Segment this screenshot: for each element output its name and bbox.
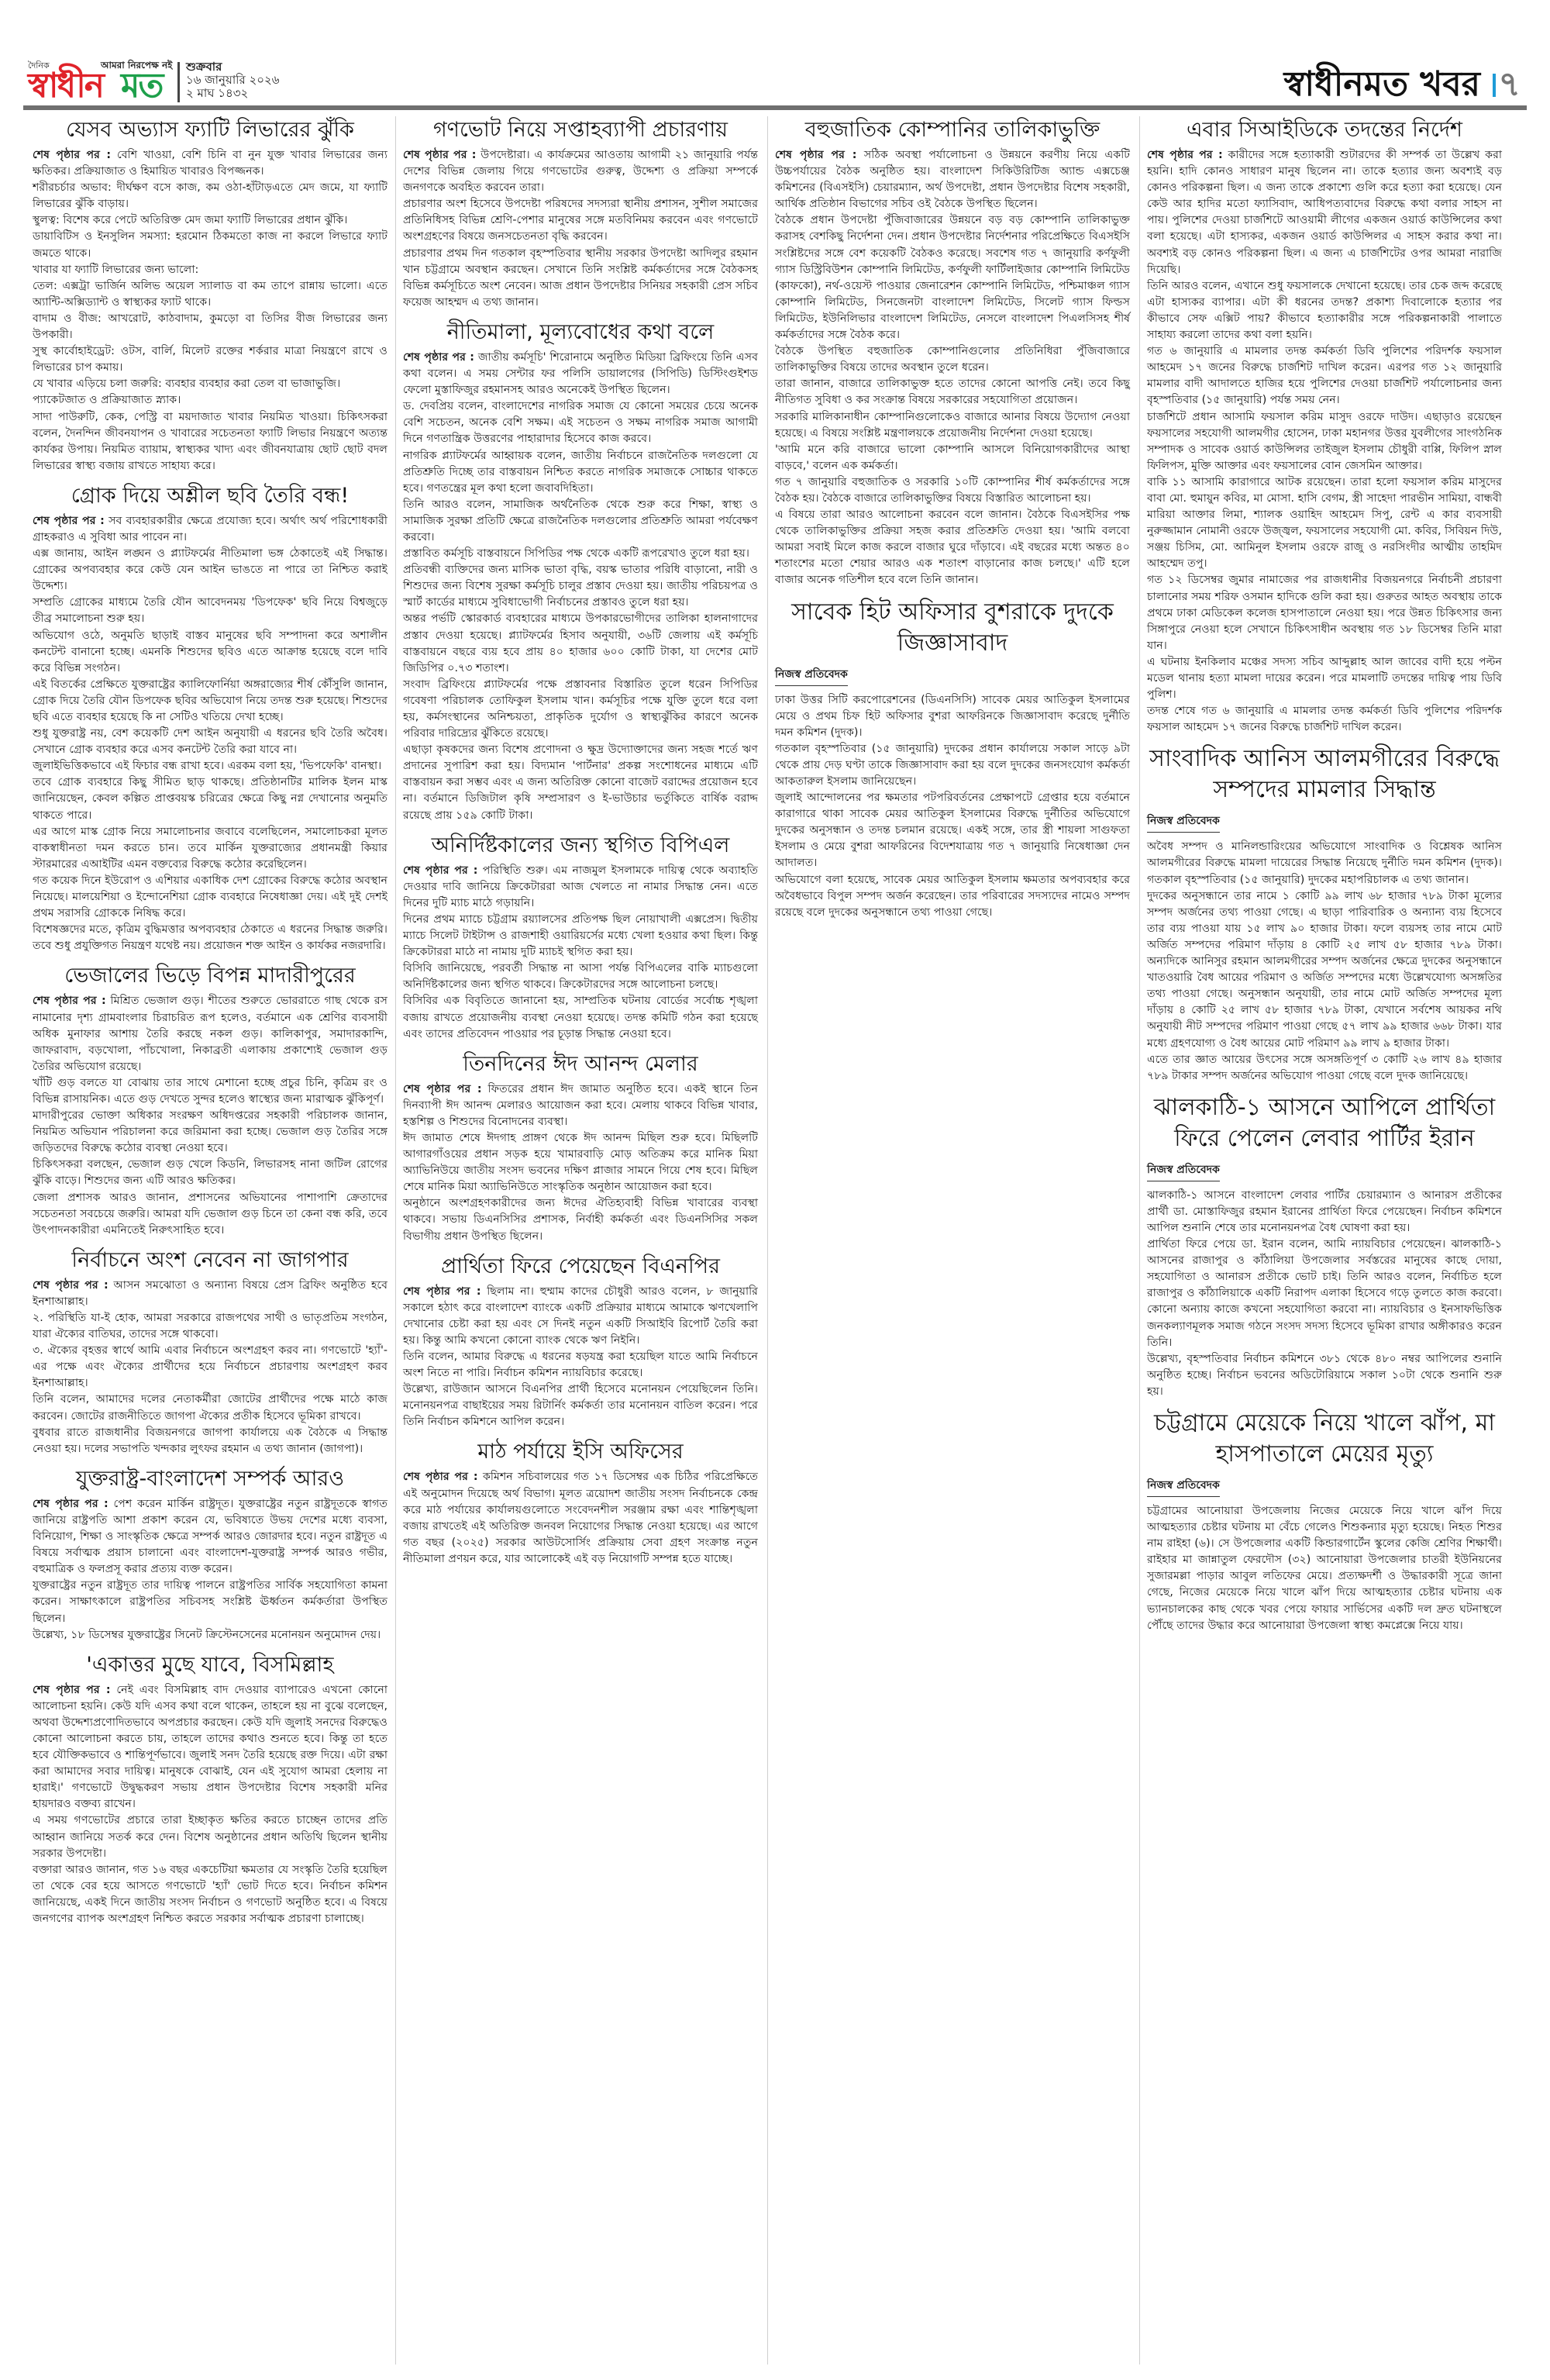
paragraph-text: বিশেষজ্ঞদের মতে, কৃত্রিম বুদ্ধিমত্তার অপ… (33, 923, 387, 952)
article-paragraph: এ ঘটনায় ইনকিলাব মঞ্চের সদস্য সচিব আব্দু… (1147, 654, 1502, 703)
paragraph-text: বক্তারা আরও জানান, গত ১৬ বছর একচেটিয়া ক… (33, 1864, 387, 1925)
paragraph-text: যুক্তরাষ্ট্রের নতুন রাষ্ট্রদূত তার দায়ি… (33, 1579, 387, 1624)
article-paragraph: নাগরিক প্ল্যাটফর্মের আহ্বায়ক বলেন, জাতী… (403, 448, 758, 497)
masthead: দৈনিক আমরা নিরপেক্ষ নই স্বাধীন মত শুক্রব… (0, 0, 1550, 109)
paragraph-text: ডায়াবিটিস ও ইনসুলিন সমস্যা: হরমোন ঠিকমত… (33, 230, 387, 259)
paragraph-text: তারা জানান, বাজারে তালিকাভুক্ত হতে তাদের… (775, 378, 1130, 406)
article-paragraph: গত ৬ জানুয়ারি এ মামলার তদন্ত কর্মকর্তা … (1147, 343, 1502, 409)
issue-day: শুক্রবার (186, 60, 280, 74)
article-paragraph: বিশেষজ্ঞদের মতে, কৃত্রিম বুদ্ধিমত্তার অপ… (33, 922, 387, 954)
article-paragraph: বাদাম ও বীজ: আখরোট, কাঠবাদাম, কুমড়ো বা … (33, 311, 387, 343)
column-divider (395, 116, 396, 2364)
article-body: শেষ পৃষ্ঠার পর : সব ব্যবহারকারীর ক্ষেত্র… (33, 513, 387, 955)
paragraph-text: তদন্ত শেষে গত ৬ জানুয়ারি এ মামলার তদন্ত… (1147, 705, 1502, 733)
continuation-lead: শেষ পৃষ্ঠার পর : (775, 149, 856, 161)
paragraph-text: উল্লেখ্য, বৃহস্পতিবার নির্বাচন কমিশনে ৩৮… (1147, 1353, 1502, 1398)
article-paragraph: শেষ পৃষ্ঠার পর : জাতীয় কর্মসূচি' শিরোনা… (403, 350, 758, 398)
article-paragraph: অভিযোগ ওঠে, অনুমতি ছাড়াই বাস্তব মানুষের… (33, 628, 387, 677)
paragraph-text: বুধবার রাতে রাজধানীর বিজয়নগরে জাগপা কার… (33, 1426, 387, 1455)
continuation-lead: শেষ পৃষ্ঠার পর : (1147, 149, 1223, 161)
paragraph-text: নেই এবং বিসমিল্লাহ বাদ দেওয়ার ব্যাপারেও… (33, 1684, 387, 1811)
article-paragraph: অভিযোগে বলা হয়েছে, সাবেক মেয়র আতিকুল ই… (775, 872, 1130, 921)
article-paragraph: বক্তারা আরও জানান, গত ১৬ বছর একচেটিয়া ক… (33, 1862, 387, 1927)
continuation-lead: শেষ পৃষ্ঠার পর : (403, 149, 476, 161)
paragraph-text: চার্জশিটে প্রধান আসামি ফয়সাল করিম মাসুদ… (1147, 411, 1502, 472)
article-paragraph: গতকাল বৃহস্পতিবার (১৫ জানুয়ারি) দুদকের … (775, 741, 1130, 790)
paragraph-text: ঈদ জামাত শেষে ঈদগাহ প্রাঙ্গণ থেকে ঈদ আনন… (403, 1132, 758, 1193)
article-paragraph: শুধু যুক্তরাষ্ট্র নয়, বেশ কয়েকটি দেশ আ… (33, 726, 387, 758)
paragraph-text: বিসিবি জানিয়েছে, পরবর্তী সিদ্ধান্ত না আ… (403, 962, 758, 991)
article-body: শেষ পৃষ্ঠার পর : কমিশন সচিবালয়ের গত ১৭ … (403, 1469, 758, 1568)
article-paragraph: জেলা প্রশাসক আরও জানান, প্রশাসনের অভিযান… (33, 1190, 387, 1239)
article-paragraph: চিকিৎসকরা বলছেন, ভেজাল গুড় খেলে কিডনি, … (33, 1157, 387, 1189)
paragraph-text: ঢাকা উত্তর সিটি করপোরেশনের (ডিএনসিসি) সা… (775, 694, 1130, 739)
paragraph-text: প্যাকেটজাত ও প্রক্রিয়াজাত স্ন্যাক। (33, 394, 181, 406)
article-paragraph: জুলাই আন্দোলনের পর ক্ষমতার পটপরিবর্তনের … (775, 790, 1130, 871)
paragraph-text: যে খাবার এড়িয়ে চলা জরুরি: ব্যবহার ব্যব… (33, 378, 340, 390)
article-paragraph: সাদা পাউরুটি, কেক, পেস্ট্রি বা ময়দাজাত … (33, 409, 387, 474)
article-paragraph: উল্লেখ্য, বৃহস্পতিবার নির্বাচন কমিশনে ৩৮… (1147, 1351, 1502, 1400)
article-paragraph: শেষ পৃষ্ঠার পর : সব ব্যবহারকারীর ক্ষেত্র… (33, 513, 387, 546)
article-paragraph: প্রার্থিতা ফিরে পেয়ে ডা. ইরান বলেন, আমি… (1147, 1237, 1502, 1351)
paragraph-text: প্রার্থিতা ফিরে পেয়ে ডা. ইরান বলেন, আমি… (1147, 1238, 1502, 1349)
article-paragraph: যে খাবার এড়িয়ে চলা জরুরি: ব্যবহার ব্যব… (33, 376, 387, 392)
news-article[interactable]: 'একাত্তর মুছে যাবে, বিসমিল্লাহশেষ পৃষ্ঠা… (33, 1651, 387, 1927)
article-paragraph: ঝালকাঠি-১ আসনে বাংলাদেশ লেবার পার্টির চে… (1147, 1188, 1502, 1237)
paragraph-text: তিনি বলেন, আমার বিরুদ্ধে এ ধরনের ষড়যন্ত… (403, 1350, 758, 1379)
paragraph-text: মাদারীপুরের ভোক্তা অধিকার সংরক্ষণ অধিদপ্… (33, 1109, 387, 1154)
news-article[interactable]: অনির্দিষ্টকালের জন্য স্থগিত বিপিএলশেষ পৃ… (403, 832, 758, 1043)
article-headline[interactable]: ঝালকাঠি-১ আসনে আপিলে প্রার্থিতা ফিরে পেল… (1147, 1092, 1502, 1154)
paragraph-text: উল্লেখ্য, ১৮ ডিসেম্বর যুক্তরাষ্ট্রের সিন… (33, 1629, 381, 1641)
news-article[interactable]: গণভোট নিয়ে সপ্তাহব্যাপী প্রচারণায়শেষ প… (403, 116, 758, 311)
paragraph-text: নাগরিক প্ল্যাটফর্মের আহ্বায়ক বলেন, জাতী… (403, 450, 758, 495)
paragraph-text: অভিযোগে বলা হয়েছে, সাবেক মেয়র আতিকুল ই… (775, 874, 1130, 919)
column-1: যেসব অভ্যাস ফ্যাটি লিভারের ঝুঁকিশেষ পৃষ্… (33, 116, 387, 1935)
news-article[interactable]: চট্টগ্রামে মেয়েকে নিয়ে খালে ঝাঁপ, মা হ… (1147, 1408, 1502, 1634)
article-byline: নিজস্ব প্রতিবেদক (1147, 1161, 1220, 1181)
paragraph-text: বিসিবির এক বিবৃতিতে জানানো হয়, সাম্প্রত… (403, 995, 758, 1040)
paragraph-text: গতকাল বৃহস্পতিবার (১৫ জানুয়ারি) দুদকের … (775, 743, 1130, 788)
article-paragraph: ৩. ঐক্যের বৃহত্তর স্বার্থে আমি এবার নির্… (33, 1343, 387, 1392)
article-paragraph: ২. পরিস্থিতি যা-ই হোক, আমরা সরকারে রাজপথ… (33, 1310, 387, 1343)
article-paragraph: সংবাদ ব্রিফিংয়ে প্ল্যাটফর্মের পক্ষে প্র… (403, 677, 758, 742)
issue-date-gregorian: ১৬ জানুয়ারি ২০২৬ (186, 74, 280, 87)
paragraph-text: এছাড়া কৃষকদের জন্য বিশেষ প্রণোদনা ও ক্ষ… (403, 743, 758, 821)
paragraph-text: তেল: এক্সট্রা ভার্জিন অলিভ অয়েল স্যালাড… (33, 280, 387, 309)
article-body: শেষ পৃষ্ঠার পর : আসন সমঝোতা ও অন্যান্য ব… (33, 1278, 387, 1457)
news-article[interactable]: নীতিমালা, মূল্যবোধের কথা বলেশেষ পৃষ্ঠার … (403, 319, 758, 824)
paragraph-text: অন্তর পর্ভটি স্কোরকার্ড ব্যবহারের মাধ্যম… (403, 612, 758, 674)
article-paragraph: অনুষ্ঠানে অংশগ্রহণকারীদের জন্য ঈদের ঐতিহ… (403, 1195, 758, 1244)
news-article[interactable]: প্রার্থিতা ফিরে পেয়েছেন বিএনপিরশেষ পৃষ্… (403, 1253, 758, 1431)
article-paragraph: খাঁটি গুড় বলতে যা বোঝায় তার সাথে মেশান… (33, 1075, 387, 1108)
article-paragraph: ঈদ জামাত শেষে ঈদগাহ প্রাঙ্গণ থেকে ঈদ আনন… (403, 1130, 758, 1195)
article-byline: নিজস্ব প্রতিবেদক (1147, 1476, 1220, 1497)
article-paragraph: শেষ পৃষ্ঠার পর : উপদেষ্টারা। এ কার্যক্রম… (403, 147, 758, 196)
newspaper-logo[interactable]: দৈনিক আমরা নিরপেক্ষ নই স্বাধীন মত (28, 59, 180, 105)
continuation-lead: শেষ পৃষ্ঠার পর : (403, 864, 477, 877)
paragraph-text: কমিশন সচিবালয়ের গত ১৭ ডিসেম্বর এক চিঠির… (403, 1471, 758, 1564)
article-paragraph: সম্প্রতি গ্রোকের মাধ্যমে তৈরি যৌন আবেদনম… (33, 595, 387, 627)
paragraph-text: জেলা প্রশাসক আরও জানান, প্রশাসনের অভিযান… (33, 1192, 387, 1237)
article-paragraph: এর আগে মাস্ক গ্রোক নিয়ে সমালোচনার জবাবে… (33, 824, 387, 873)
article-paragraph: শেষ পৃষ্ঠার পর : ছিলাম না। হুম্মাম কাদের… (403, 1284, 758, 1349)
paragraph-text: গত ৭ জানুয়ারি বহুজাতিক ও সরকারি ১০টি কো… (775, 476, 1130, 505)
article-paragraph: তিনি বলেন, আমার বিরুদ্ধে এ ধরনের ষড়যন্ত… (403, 1349, 758, 1381)
article-paragraph: শেষ পৃষ্ঠার পর : আসন সমঝোতা ও অন্যান্য ব… (33, 1278, 387, 1310)
article-headline[interactable]: গ্রোক দিয়ে অশ্লীল ছবি তৈরি বন্ধ! (33, 482, 387, 510)
paragraph-text: তিনি আরও বলেন, সামাজিক অর্থনৈতিক থেকে শু… (403, 498, 758, 543)
paragraph-text: খাঁটি গুড় বলতে যা বোঝায় তার সাথে মেশান… (33, 1077, 387, 1105)
article-body: শেষ পৃষ্ঠার পর : পেশ করেন মার্কিন রাষ্ট্… (33, 1496, 387, 1644)
paragraph-text: শরীরচর্চার অভাব: দীর্ঘক্ষণ বসে কাজ, কম ও… (33, 181, 387, 210)
article-paragraph: এ সময় গণভোটের প্রচারে তারা ইচ্ছাকৃত ক্ষ… (33, 1813, 387, 1861)
logo-name-green: মত (121, 67, 162, 105)
paragraph-text: এই বিতর্কের প্রেক্ষিতে যুক্তরাষ্ট্রের ক্… (33, 678, 387, 723)
article-headline[interactable]: সাবেক হিট অফিসার বুশরাকে দুদকে জিজ্ঞাসাব… (775, 597, 1130, 659)
article-headline[interactable]: 'একাত্তর মুছে যাবে, বিসমিল্লাহ (33, 1651, 387, 1679)
paragraph-text: এ বিষয়ে তারা আরও আলোচনা করবেন বলে জানান… (775, 509, 1130, 586)
news-article[interactable]: যুক্তরাষ্ট্র-বাংলাদেশ সম্পর্ক আরওশেষ পৃষ… (33, 1465, 387, 1644)
article-paragraph: খাবার যা ফ্যাটি লিভারের জন্য ভালো: (33, 262, 387, 278)
section-title: স্বাধীনমত খবর (1284, 65, 1480, 104)
article-paragraph: শেষ পৃষ্ঠার পর : ফিতরের প্রধান ঈদ জামাত … (403, 1081, 758, 1130)
article-paragraph: দুদকের অনুসন্ধানে তার নামে ১ কোটি ৯৯ লাখ… (1147, 888, 1502, 1052)
column-4: এবার সিআইডিকে তদন্তের নির্দেশশেষ পৃষ্ঠার… (1147, 116, 1502, 1642)
paragraph-text: অভিযোগ ওঠে, অনুমতি ছাড়াই বাস্তব মানুষের… (33, 629, 387, 674)
article-headline[interactable]: অনির্দিষ্টকালের জন্য স্থগিত বিপিএল (403, 832, 758, 860)
article-body: শেষ পৃষ্ঠার পর : জাতীয় কর্মসূচি' শিরোনা… (403, 350, 758, 824)
paragraph-text: চট্টগ্রামের আনোয়ারা উপজেলায় নিজের মেয়… (1147, 1505, 1502, 1632)
article-paragraph: বুধবার রাতে রাজধানীর বিজয়নগরে জাগপা কার… (33, 1425, 387, 1457)
paragraph-text: তিনি বলেন, আমাদের দলের নেতাকর্মীরা জোটের… (33, 1393, 387, 1422)
article-paragraph: স্থুলত্ব: বিশেষ করে পেটে অতিরিক্ত মেদ জম… (33, 212, 387, 229)
article-paragraph: এই বিতর্কের প্রেক্ষিতে যুক্তরাষ্ট্রের ক্… (33, 677, 387, 726)
article-paragraph: এক্স জানায়, আইন লঙ্ঘন ও প্ল্যাটফর্মের ন… (33, 546, 387, 595)
article-paragraph: শেষ পৃষ্ঠার পর : পরিস্থিতি শুরু। এম নাজম… (403, 863, 758, 912)
article-paragraph: এ বিষয়ে তারা আরও আলোচনা করবেন বলে জানান… (775, 507, 1130, 588)
paragraph-text: এ ঘটনায় ইনকিলাব মঞ্চের সদস্য সচিব আব্দু… (1147, 656, 1502, 701)
article-paragraph: শেষ পৃষ্ঠার পর : কারীদের সঙ্গে হত্যাকারী… (1147, 147, 1502, 278)
article-paragraph: যুক্তরাষ্ট্রের নতুন রাষ্ট্রদূত তার দায়ি… (33, 1578, 387, 1626)
paragraph-text: গত ৬ জানুয়ারি এ মামলার তদন্ত কর্মকর্তা … (1147, 345, 1502, 406)
article-body: শেষ পৃষ্ঠার পর : কারীদের সঙ্গে হত্যাকারী… (1147, 147, 1502, 736)
paragraph-text: জুলাই আন্দোলনের পর ক্ষমতার পটপরিবর্তনের … (775, 792, 1130, 869)
article-headline[interactable]: যুক্তরাষ্ট্র-বাংলাদেশ সম্পর্ক আরও (33, 1465, 387, 1493)
article-body: শেষ পৃষ্ঠার পর : সঠিক অবস্থা পর্যালোচনা … (775, 147, 1130, 589)
article-paragraph: বিসিবির এক বিবৃতিতে জানানো হয়, সাম্প্রত… (403, 993, 758, 1042)
paragraph-text: প্রচারণার অংশ হিসেবে উপদেষ্টা পরিষদের সদ… (403, 198, 758, 243)
article-body: শেষ পৃষ্ঠার পর : উপদেষ্টারা। এ কার্যক্রম… (403, 147, 758, 311)
news-article[interactable]: এবার সিআইডিকে তদন্তের নির্দেশশেষ পৃষ্ঠার… (1147, 116, 1502, 736)
issue-date: শুক্রবার ১৬ জানুয়ারি ২০২৬ ২ মাঘ ১৪৩২ (186, 60, 280, 100)
news-article[interactable]: মাঠ পর্যায়ে ইসি অফিসেরশেষ পৃষ্ঠার পর : … (403, 1438, 758, 1568)
article-headline[interactable]: সাংবাদিক আনিস আলমগীরের বিরুদ্ধে সম্পদের … (1147, 743, 1502, 805)
article-paragraph: শেষ পৃষ্ঠার পর : মিশ্রিত ভেজাল গুড়। শীত… (33, 993, 387, 1074)
article-paragraph: জুলাইভিত্তিকভাবে এই ফিচার বন্ধ রাখা হবে।… (33, 758, 387, 774)
article-paragraph: বিসিবি জানিয়েছে, পরবর্তী সিদ্ধান্ত না আ… (403, 961, 758, 993)
paragraph-text: তবে গ্রোক ব্যবহারে কিছু সীমিত ছাড় থাকছে… (33, 776, 387, 821)
page-number: ৭ (1498, 65, 1521, 104)
paragraph-text: বাকি ১১ আসামি কারাগারে আটক রয়েছেন। তারা… (1147, 476, 1502, 570)
column-divider (767, 116, 768, 2364)
paragraph-text: সংবাদ ব্রিফিংয়ে প্ল্যাটফর্মের পক্ষে প্র… (403, 678, 758, 740)
article-paragraph: বাকি ১১ আসামি কারাগারে আটক রয়েছেন। তারা… (1147, 474, 1502, 573)
paragraph-text: দিনের প্রথম ম্যাচে চট্টগ্রাম রয়্যালসের … (403, 913, 758, 958)
article-paragraph: শরীরচর্চার অভাব: দীর্ঘক্ষণ বসে কাজ, কম ও… (33, 180, 387, 212)
article-paragraph: মাদারীপুরের ভোক্তা অধিকার সংরক্ষণ অধিদপ্… (33, 1108, 387, 1157)
paragraph-text: বৈঠকে প্রধান উপদেষ্টা পুঁজিবাজারের উন্নয… (775, 214, 1130, 341)
article-paragraph: প্রতিবন্ধী ব্যক্তিদের জন্য মাসিক ভাতা বৃ… (403, 562, 758, 611)
article-body: শেষ পৃষ্ঠার পর : পরিস্থিতি শুরু। এম নাজম… (403, 863, 758, 1043)
article-paragraph: উল্লেখ্য, রাউজান আসনে বিএনপির প্রার্থী হ… (403, 1381, 758, 1430)
article-body: শেষ পৃষ্ঠার পর : ফিতরের প্রধান ঈদ জামাত … (403, 1081, 758, 1245)
article-paragraph: চট্টগ্রামের আনোয়ারা উপজেলায় নিজের মেয়… (1147, 1503, 1502, 1634)
news-article[interactable]: নির্বাচনে অংশ নেবেন না জাগপারশেষ পৃষ্ঠার… (33, 1247, 387, 1457)
article-headline[interactable]: ভেজালের ভিড়ে বিপন্ন মাদারীপুরের (33, 962, 387, 990)
article-paragraph: ঢাকা উত্তর সিটি করপোরেশনের (ডিএনসিসি) সা… (775, 692, 1130, 741)
article-headline[interactable]: নীতিমালা, মূল্যবোধের কথা বলে (403, 319, 758, 347)
article-body: শেষ পৃষ্ঠার পর : মিশ্রিত ভেজাল গুড়। শীত… (33, 993, 387, 1238)
news-article[interactable]: সাংবাদিক আনিস আলমগীরের বিরুদ্ধে সম্পদের … (1147, 743, 1502, 1084)
article-paragraph: দিনের প্রথম ম্যাচে চট্টগ্রাম রয়্যালসের … (403, 912, 758, 961)
article-paragraph: তদন্ত শেষে গত ৬ জানুয়ারি এ মামলার তদন্ত… (1147, 703, 1502, 736)
article-paragraph: এছাড়া কৃষকদের জন্য বিশেষ প্রণোদনা ও ক্ষ… (403, 742, 758, 823)
news-article[interactable]: যেসব অভ্যাস ফ্যাটি লিভারের ঝুঁকিশেষ পৃষ্… (33, 116, 387, 474)
article-paragraph: শেষ পৃষ্ঠার পর : কমিশন সচিবালয়ের গত ১৭ … (403, 1469, 758, 1568)
article-paragraph: গত ১২ ডিসেম্বর জুমার নামাজের পর রাজধানীর… (1147, 572, 1502, 654)
article-paragraph: তিনি আরও বলেন, সামাজিক অর্থনৈতিক থেকে শু… (403, 497, 758, 546)
continuation-lead: শেষ পৃষ্ঠার পর : (403, 1471, 478, 1483)
logo-name-red: স্বাধীন (28, 67, 103, 105)
article-paragraph: চার্জশিটে প্রধান আসামি ফয়সাল করিম মাসুদ… (1147, 409, 1502, 474)
paragraph-text: জুলাইভিত্তিকভাবে এই ফিচার বন্ধ রাখা হবে।… (33, 760, 381, 772)
continuation-lead: শেষ পৃষ্ঠার পর : (33, 515, 105, 527)
continuation-lead: শেষ পৃষ্ঠার পর : (403, 1285, 481, 1298)
paragraph-text: অবৈধ সম্পদ ও মানিলন্ডারিংয়ের অভিযোগে সা… (1147, 840, 1502, 885)
article-paragraph: প্রচারণার অংশ হিসেবে উপদেষ্টা পরিষদের সদ… (403, 196, 758, 245)
article-headline[interactable]: তিনদিনের ঈদ আনন্দ মেলার (403, 1050, 758, 1078)
continuation-lead: শেষ পৃষ্ঠার পর : (33, 1684, 111, 1696)
article-byline: নিজস্ব প্রতিবেদক (775, 665, 848, 686)
article-byline: নিজস্ব প্রতিবেদক (1147, 812, 1220, 833)
article-headline[interactable]: চট্টগ্রামে মেয়েকে নিয়ে খালে ঝাঁপ, মা হ… (1147, 1408, 1502, 1470)
news-article[interactable]: বহুজাতিক কোম্পানির তালিকাভুক্তিশেষ পৃষ্ঠ… (775, 116, 1130, 589)
page-number-separator (1493, 74, 1496, 97)
article-paragraph: শেষ পৃষ্ঠার পর : সঠিক অবস্থা পর্যালোচনা … (775, 147, 1130, 212)
paragraph-text: গত ১২ ডিসেম্বর জুমার নামাজের পর রাজধানীর… (1147, 574, 1502, 651)
column-2: গণভোট নিয়ে সপ্তাহব্যাপী প্রচারণায়শেষ প… (403, 116, 758, 1575)
paragraph-text: সাদা পাউরুটি, কেক, পেস্ট্রি বা ময়দাজাত … (33, 411, 387, 472)
article-paragraph: 'আমি মনে করি বাজারে ভালো কোম্পানি আসলে ব… (775, 442, 1130, 474)
article-body: শেষ পৃষ্ঠার পর : নেই এবং বিসমিল্লাহ বাদ … (33, 1682, 387, 1927)
article-paragraph: শেষ পৃষ্ঠার পর : পেশ করেন মার্কিন রাষ্ট্… (33, 1496, 387, 1578)
article-headline[interactable]: প্রার্থিতা ফিরে পেয়েছেন বিএনপির (403, 1253, 758, 1281)
paragraph-text: দুদকের অনুসন্ধানে তার নামে ১ কোটি ৯৯ লাখ… (1147, 890, 1502, 1050)
article-paragraph: এতে তার জ্ঞাত আয়ের উৎসের সঙ্গে অসঙ্গতিপ… (1147, 1052, 1502, 1085)
continuation-lead: শেষ পৃষ্ঠার পর : (403, 351, 474, 364)
article-paragraph: প্রচারণার প্রথম দিন গতকাল বৃহস্পতিবার স্… (403, 246, 758, 311)
article-body: শেষ পৃষ্ঠার পর : বেশি খাওয়া, বেশি চিনি … (33, 147, 387, 474)
article-paragraph: উল্লেখ্য, ১৮ ডিসেম্বর যুক্তরাষ্ট্রের সিন… (33, 1627, 387, 1644)
paragraph-text: অনুষ্ঠানে অংশগ্রহণকারীদের জন্য ঈদের ঐতিহ… (403, 1197, 758, 1242)
article-paragraph: শেষ পৃষ্ঠার পর : বেশি খাওয়া, বেশি চিনি … (33, 147, 387, 180)
article-paragraph: সুস্থ কার্বোহাইড্রেট: ওটস, বার্লি, মিলেট… (33, 343, 387, 376)
news-article[interactable]: ভেজালের ভিড়ে বিপন্ন মাদারীপুরেরশেষ পৃষ্… (33, 962, 387, 1238)
paragraph-text: ঝালকাঠি-১ আসনে বাংলাদেশ লেবার পার্টির চে… (1147, 1189, 1502, 1234)
paragraph-text: চিকিৎসকরা বলছেন, ভেজাল গুড় খেলে কিডনি, … (33, 1158, 387, 1187)
article-paragraph: তবে গ্রোক ব্যবহারে কিছু সীমিত ছাড় থাকছে… (33, 774, 387, 823)
paragraph-text: গত কয়েক দিনে ইউরোপ ও এশিয়ার একাধিক দেশ… (33, 874, 387, 919)
paragraph-text: শুধু যুক্তরাষ্ট্র নয়, বেশ কয়েকটি দেশ আ… (33, 727, 387, 756)
paragraph-text: ২. পরিস্থিতি যা-ই হোক, আমরা সরকারে রাজপথ… (33, 1312, 387, 1340)
article-paragraph: তিনি আরও বলেন, এখানে শুধু ফয়সালকে দেখান… (1147, 278, 1502, 343)
masthead-rule (23, 105, 1527, 110)
column-3: বহুজাতিক কোম্পানির তালিকাভুক্তিশেষ পৃষ্ঠ… (775, 116, 1130, 929)
article-body: ঝালকাঠি-১ আসনে বাংলাদেশ লেবার পার্টির চে… (1147, 1188, 1502, 1400)
paragraph-text: উল্লেখ্য, রাউজান আসনে বিএনপির প্রার্থী হ… (403, 1383, 758, 1428)
news-article[interactable]: গ্রোক দিয়ে অশ্লীল ছবি তৈরি বন্ধ!শেষ পৃষ… (33, 482, 387, 955)
paragraph-text: এক্স জানায়, আইন লঙ্ঘন ও প্ল্যাটফর্মের ন… (33, 547, 387, 592)
article-body: চট্টগ্রামের আনোয়ারা উপজেলায় নিজের মেয়… (1147, 1503, 1502, 1634)
article-paragraph: অন্তর পর্ভটি স্কোরকার্ড ব্যবহারের মাধ্যম… (403, 611, 758, 676)
paragraph-text: এতে তার জ্ঞাত আয়ের উৎসের সঙ্গে অসঙ্গতিপ… (1147, 1054, 1502, 1082)
article-paragraph: তেল: এক্সট্রা ভার্জিন অলিভ অয়েল স্যালাড… (33, 278, 387, 311)
article-paragraph: অবৈধ সম্পদ ও মানিলন্ডারিংয়ের অভিযোগে সা… (1147, 839, 1502, 888)
continuation-lead: শেষ পৃষ্ঠার পর : (33, 1498, 108, 1510)
article-body: অবৈধ সম্পদ ও মানিলন্ডারিংয়ের অভিযোগে সা… (1147, 839, 1502, 1084)
article-paragraph: শেষ পৃষ্ঠার পর : নেই এবং বিসমিল্লাহ বাদ … (33, 1682, 387, 1813)
continuation-lead: শেষ পৃষ্ঠার পর : (33, 149, 111, 161)
paragraph-text: বাদাম ও বীজ: আখরোট, কাঠবাদাম, কুমড়ো বা … (33, 312, 387, 341)
paragraph-text: তিনি আরও বলেন, এখানে শুধু ফয়সালকে দেখান… (1147, 280, 1502, 341)
article-headline[interactable]: নির্বাচনে অংশ নেবেন না জাগপার (33, 1247, 387, 1275)
paragraph-text: সম্প্রতি গ্রোকের মাধ্যমে তৈরি যৌন আবেদনম… (33, 596, 387, 625)
paragraph-text: এর আগে মাস্ক গ্রোক নিয়ে সমালোচনার জবাবে… (33, 826, 387, 871)
paragraph-text: বৈঠকে উপস্থিত বহুজাতিক কোম্পানিগুলোর প্র… (775, 345, 1130, 374)
continuation-lead: শেষ পৃষ্ঠার পর : (33, 995, 106, 1007)
news-article[interactable]: সাবেক হিট অফিসার বুশরাকে দুদকে জিজ্ঞাসাব… (775, 597, 1130, 921)
paragraph-text: ড. দেবপ্রিয় বলেন, বাংলাদেশের নাগরিক সমা… (403, 400, 758, 445)
article-headline[interactable]: এবার সিআইডিকে তদন্তের নির্দেশ (1147, 116, 1502, 144)
masthead-divider (177, 62, 180, 102)
column-divider (1139, 116, 1140, 2364)
paragraph-text: প্রতিবন্ধী ব্যক্তিদের জন্য মাসিক ভাতা বৃ… (403, 564, 758, 609)
article-paragraph: তারা জানান, বাজারে তালিকাভুক্ত হতে তাদের… (775, 376, 1130, 409)
paragraph-text: প্রচারণার প্রথম দিন গতকাল বৃহস্পতিবার স্… (403, 247, 758, 309)
paragraph-text: 'আমি মনে করি বাজারে ভালো কোম্পানি আসলে ব… (775, 443, 1130, 472)
article-paragraph: সরকারি মালিকানাধীন কোম্পানিগুলোকেও বাজার… (775, 409, 1130, 442)
article-paragraph: গত ৭ জানুয়ারি বহুজাতিক ও সরকারি ১০টি কো… (775, 474, 1130, 507)
article-headline[interactable]: যেসব অভ্যাস ফ্যাটি লিভারের ঝুঁকি (33, 116, 387, 144)
article-headline[interactable]: গণভোট নিয়ে সপ্তাহব্যাপী প্রচারণায় (403, 116, 758, 144)
paragraph-text: খাবার যা ফ্যাটি লিভারের জন্য ভালো: (33, 264, 198, 276)
article-paragraph: ড. দেবপ্রিয় বলেন, বাংলাদেশের নাগরিক সমা… (403, 398, 758, 447)
article-paragraph: প্যাকেটজাত ও প্রক্রিয়াজাত স্ন্যাক। (33, 392, 387, 409)
paragraph-text: কারীদের সঙ্গে হত্যাকারী শুটারদের কী সম্প… (1147, 149, 1502, 276)
article-paragraph: বৈঠকে উপস্থিত বহুজাতিক কোম্পানিগুলোর প্র… (775, 343, 1130, 376)
article-paragraph: প্রস্তাবিত কর্মসূচি বাস্তবায়নে সিপিডির … (403, 546, 758, 562)
continuation-lead: শেষ পৃষ্ঠার পর : (33, 1279, 108, 1292)
paragraph-text: এ সময় গণভোটের প্রচারে তারা ইচ্ছাকৃত ক্ষ… (33, 1814, 387, 1859)
news-article[interactable]: তিনদিনের ঈদ আনন্দ মেলারশেষ পৃষ্ঠার পর : … (403, 1050, 758, 1245)
article-paragraph: তিনি বলেন, আমাদের দলের নেতাকর্মীরা জোটের… (33, 1392, 387, 1424)
issue-date-bangla: ২ মাঘ ১৪৩২ (186, 87, 280, 100)
continuation-lead: শেষ পৃষ্ঠার পর : (403, 1083, 482, 1095)
paragraph-text: প্রস্তাবিত কর্মসূচি বাস্তবায়নে সিপিডির … (403, 547, 749, 560)
paragraph-text: সরকারি মালিকানাধীন কোম্পানিগুলোকেও বাজার… (775, 411, 1130, 440)
article-headline[interactable]: মাঠ পর্যায়ে ইসি অফিসের (403, 1438, 758, 1466)
article-paragraph: বৈঠকে প্রধান উপদেষ্টা পুঁজিবাজারের উন্নয… (775, 212, 1130, 343)
article-paragraph: ডায়াবিটিস ও ইনসুলিন সমস্যা: হরমোন ঠিকমত… (33, 229, 387, 261)
paragraph-text: ৩. ঐক্যের বৃহত্তর স্বার্থে আমি এবার নির্… (33, 1344, 387, 1389)
news-article[interactable]: ঝালকাঠি-১ আসনে আপিলে প্রার্থিতা ফিরে পেল… (1147, 1092, 1502, 1400)
article-body: শেষ পৃষ্ঠার পর : ছিলাম না। হুম্মাম কাদের… (403, 1284, 758, 1431)
article-paragraph: গত কয়েক দিনে ইউরোপ ও এশিয়ার একাধিক দেশ… (33, 873, 387, 922)
article-body: ঢাকা উত্তর সিটি করপোরেশনের (ডিএনসিসি) সা… (775, 692, 1130, 921)
article-headline[interactable]: বহুজাতিক কোম্পানির তালিকাভুক্তি (775, 116, 1130, 144)
paragraph-text: সুস্থ কার্বোহাইড্রেট: ওটস, বার্লি, মিলেট… (33, 345, 387, 374)
paragraph-text: স্থুলত্ব: বিশেষ করে পেটে অতিরিক্ত মেদ জম… (33, 214, 347, 226)
